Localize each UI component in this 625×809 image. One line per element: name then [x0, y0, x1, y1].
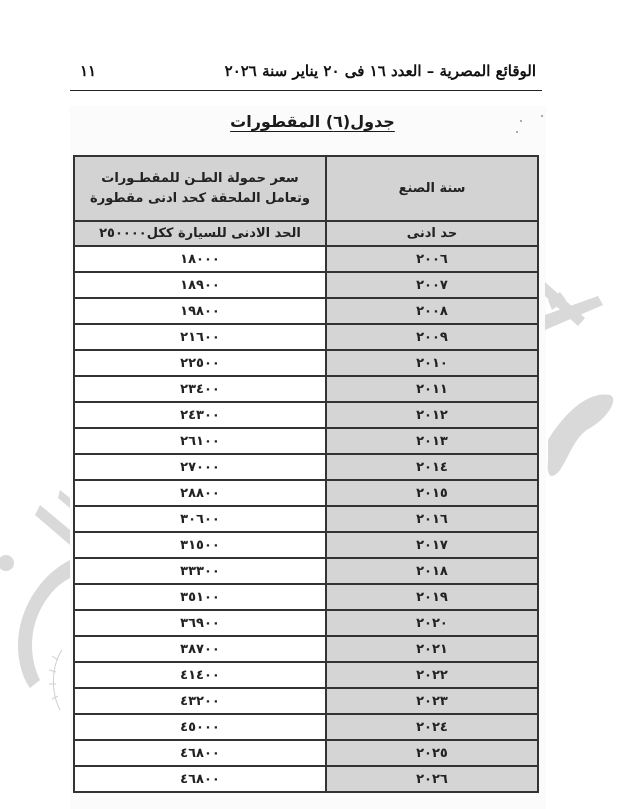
column-header-year: سنة الصنع [326, 156, 538, 221]
year-cell: ٢٠٠٦ [326, 246, 538, 272]
table-title-text: جدول(٦) المقطورات [230, 112, 395, 131]
year-cell: ٢٠١٣ [326, 428, 538, 454]
year-cell: ٢٠١٠ [326, 350, 538, 376]
year-cell: ٢٠١٧ [326, 532, 538, 558]
year-cell: ٢٠١٤ [326, 454, 538, 480]
price-cell: ٤٣٢٠٠ [74, 688, 326, 714]
price-cell: ٤١٤٠٠ [74, 662, 326, 688]
table-row: ٢٠١٥٢٨٨٠٠ [74, 480, 538, 506]
table-row: ٢٠٠٦١٨٠٠٠ [74, 246, 538, 272]
year-cell: ٢٠٠٧ [326, 272, 538, 298]
table-header-row: سنة الصنع سعر حمولة الطـن للمقطـورات وتع… [74, 156, 538, 221]
price-cell: ٤٦٨٠٠ [74, 740, 326, 766]
year-cell: ٢٠٢١ [326, 636, 538, 662]
table-row: ٢٠١١٢٣٤٠٠ [74, 376, 538, 402]
table-row: ٢٠١٢٢٤٣٠٠ [74, 402, 538, 428]
table-row: ٢٠٢٦٤٦٨٠٠ [74, 766, 538, 792]
table-row: ٢٠١٧٣١٥٠٠ [74, 532, 538, 558]
column-header-price: سعر حمولة الطـن للمقطـورات وتعامل الملحق… [74, 156, 326, 221]
year-cell: ٢٠١٦ [326, 506, 538, 532]
table-row: ٢٠١٦٣٠٦٠٠ [74, 506, 538, 532]
page-header: الوقائع المصرية – العدد ١٦ فى ٢٠ يناير س… [70, 58, 542, 91]
price-cell: ٤٦٨٠٠ [74, 766, 326, 792]
table-row: ٢٠١٩٣٥١٠٠ [74, 584, 538, 610]
year-cell: ٢٠٠٨ [326, 298, 538, 324]
table-row: ٢٠٢١٣٨٧٠٠ [74, 636, 538, 662]
price-cell: ٢٣٤٠٠ [74, 376, 326, 402]
price-cell: ١٨٩٠٠ [74, 272, 326, 298]
year-cell: ٢٠١١ [326, 376, 538, 402]
price-cell: ٢٨٨٠٠ [74, 480, 326, 506]
year-cell: ٢٠٢٦ [326, 766, 538, 792]
price-cell: ٣٠٦٠٠ [74, 506, 326, 532]
column-subheader-year: حد ادنى [326, 221, 538, 246]
price-cell: ٢٦١٠٠ [74, 428, 326, 454]
scan-speck [516, 131, 518, 133]
table-row: ٢٠٢٣٤٣٢٠٠ [74, 688, 538, 714]
price-cell: ١٨٠٠٠ [74, 246, 326, 272]
year-cell: ٢٠١٥ [326, 480, 538, 506]
price-cell: ٢٤٣٠٠ [74, 402, 326, 428]
year-cell: ٢٠٢٥ [326, 740, 538, 766]
price-cell: ٣١٥٠٠ [74, 532, 326, 558]
year-cell: ٢٠٢٠ [326, 610, 538, 636]
year-cell: ٢٠٢٢ [326, 662, 538, 688]
price-cell: ٣٨٧٠٠ [74, 636, 326, 662]
table-row: ٢٠٢٢٤١٤٠٠ [74, 662, 538, 688]
column-subheader-price: الحد الادنى للسيارة ككل٢٥٠٠٠٠ [74, 221, 326, 246]
year-cell: ٢٠٠٩ [326, 324, 538, 350]
table-row: ٢٠٠٨١٩٨٠٠ [74, 298, 538, 324]
table-title: جدول(٦) المقطورات [0, 112, 625, 131]
table-row: ٢٠١٤٢٧٠٠٠ [74, 454, 538, 480]
price-cell: ٢٧٠٠٠ [74, 454, 326, 480]
price-cell: ٢١٦٠٠ [74, 324, 326, 350]
table-row: ٢٠١٠٢٢٥٠٠ [74, 350, 538, 376]
price-cell: ٤٥٠٠٠ [74, 714, 326, 740]
table-row: ٢٠٠٩٢١٦٠٠ [74, 324, 538, 350]
trailer-price-table: سنة الصنع سعر حمولة الطـن للمقطـورات وتع… [73, 155, 539, 793]
year-cell: ٢٠٢٣ [326, 688, 538, 714]
table-row: ٢٠٢٤٤٥٠٠٠ [74, 714, 538, 740]
year-cell: ٢٠١٨ [326, 558, 538, 584]
table-row: ٢٠٠٧١٨٩٠٠ [74, 272, 538, 298]
column-header-price-line2: وتعامل الملحقة كحد ادنى مقطورة [75, 189, 325, 209]
gazette-title: الوقائع المصرية – العدد ١٦ فى ٢٠ يناير س… [225, 62, 536, 80]
table-row: ٢٠٢٥٤٦٨٠٠ [74, 740, 538, 766]
price-cell: ٢٢٥٠٠ [74, 350, 326, 376]
page-number: ١١ [80, 62, 96, 80]
year-cell: ٢٠٢٤ [326, 714, 538, 740]
year-cell: ٢٠١٢ [326, 402, 538, 428]
table-row: ٢٠١٣٢٦١٠٠ [74, 428, 538, 454]
year-cell: ٢٠١٩ [326, 584, 538, 610]
price-cell: ٣٣٣٠٠ [74, 558, 326, 584]
table-row: ٢٠١٨٣٣٣٠٠ [74, 558, 538, 584]
price-cell: ٣٦٩٠٠ [74, 610, 326, 636]
column-header-price-line1: سعر حمولة الطـن للمقطـورات [75, 169, 325, 189]
table-subheader-row: حد ادنى الحد الادنى للسيارة ككل٢٥٠٠٠٠ [74, 221, 538, 246]
price-cell: ١٩٨٠٠ [74, 298, 326, 324]
price-cell: ٣٥١٠٠ [74, 584, 326, 610]
table-row: ٢٠٢٠٣٦٩٠٠ [74, 610, 538, 636]
